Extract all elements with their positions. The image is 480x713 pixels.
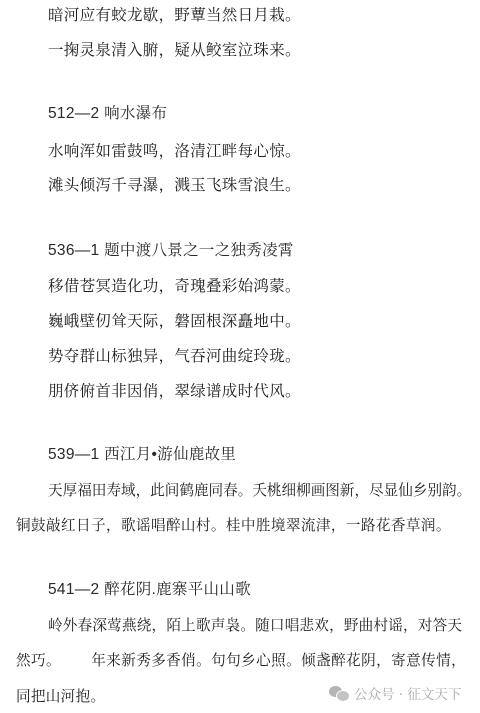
watermark: 公众号 · 征文天下 bbox=[329, 683, 461, 703]
poem-line: 滩头倾泻千寻瀑，溅玉飞珠雪浪生。 bbox=[48, 175, 301, 195]
poem-line: 暗河应有蛟龙歇，野蕈当然日月栽。 bbox=[48, 5, 301, 25]
poem-line: 然巧。 年来新秀多香俏。句句乡心照。倾盏醉花阴，寄意传情， bbox=[16, 651, 466, 671]
poem-number: 512—2 bbox=[48, 105, 99, 122]
poem-line: 岭外春深莺燕绕，陌上歌声袅。随口唱悲欢，野曲村谣，对答天 bbox=[48, 616, 462, 636]
poem-line: 水响浑如雷鼓鸣，洛清江畔每心惊。 bbox=[48, 141, 301, 161]
poem-line: 铜鼓敲红日子，歌谣唱醉山村。桂中胜境翠流津，一路花香草润。 bbox=[16, 516, 451, 536]
wechat-icon bbox=[329, 686, 349, 700]
poem-title: 题中渡八景之一之独秀凌霄 bbox=[104, 242, 294, 259]
poem-line: 移借苍冥造化功，奇瑰叠彩始鸿蒙。 bbox=[48, 276, 301, 296]
poem-heading: 539—1 西江月•游仙鹿故里 bbox=[48, 445, 236, 465]
poem-line: 朋侪俯首非因俏，翠绿谱成时代风。 bbox=[48, 381, 301, 401]
poem-heading: 512—2 响水瀑布 bbox=[48, 104, 167, 124]
poem-line: 势夺群山标独异，气吞河曲绽玲珑。 bbox=[48, 346, 301, 366]
poem-line: 一掬灵泉清入腑，疑从鲛室泣珠来。 bbox=[48, 40, 301, 60]
poem-title: 醉花阴.鹿寨平山山歌 bbox=[104, 581, 251, 598]
poem-number: 539—1 bbox=[48, 446, 99, 463]
poem-line: 巍峨壁仞耸天际，磐固根深矗地中。 bbox=[48, 311, 301, 331]
poem-number: 536—1 bbox=[48, 242, 99, 259]
poem-line: 同把山河抱。 bbox=[16, 687, 105, 707]
poem-line: 天厚福田寿域，此间鹤鹿同春。夭桃细柳画图新，尽显仙乡别韵。 bbox=[48, 481, 471, 501]
poem-heading: 536—1 题中渡八景之一之独秀凌霄 bbox=[48, 241, 294, 261]
poem-heading: 541—2 醉花阴.鹿寨平山山歌 bbox=[48, 580, 251, 600]
watermark-text: 公众号 · 征文天下 bbox=[354, 683, 461, 703]
poem-title: 西江月•游仙鹿故里 bbox=[104, 446, 236, 463]
poem-title: 响水瀑布 bbox=[104, 105, 167, 122]
poem-number: 541—2 bbox=[48, 581, 99, 598]
